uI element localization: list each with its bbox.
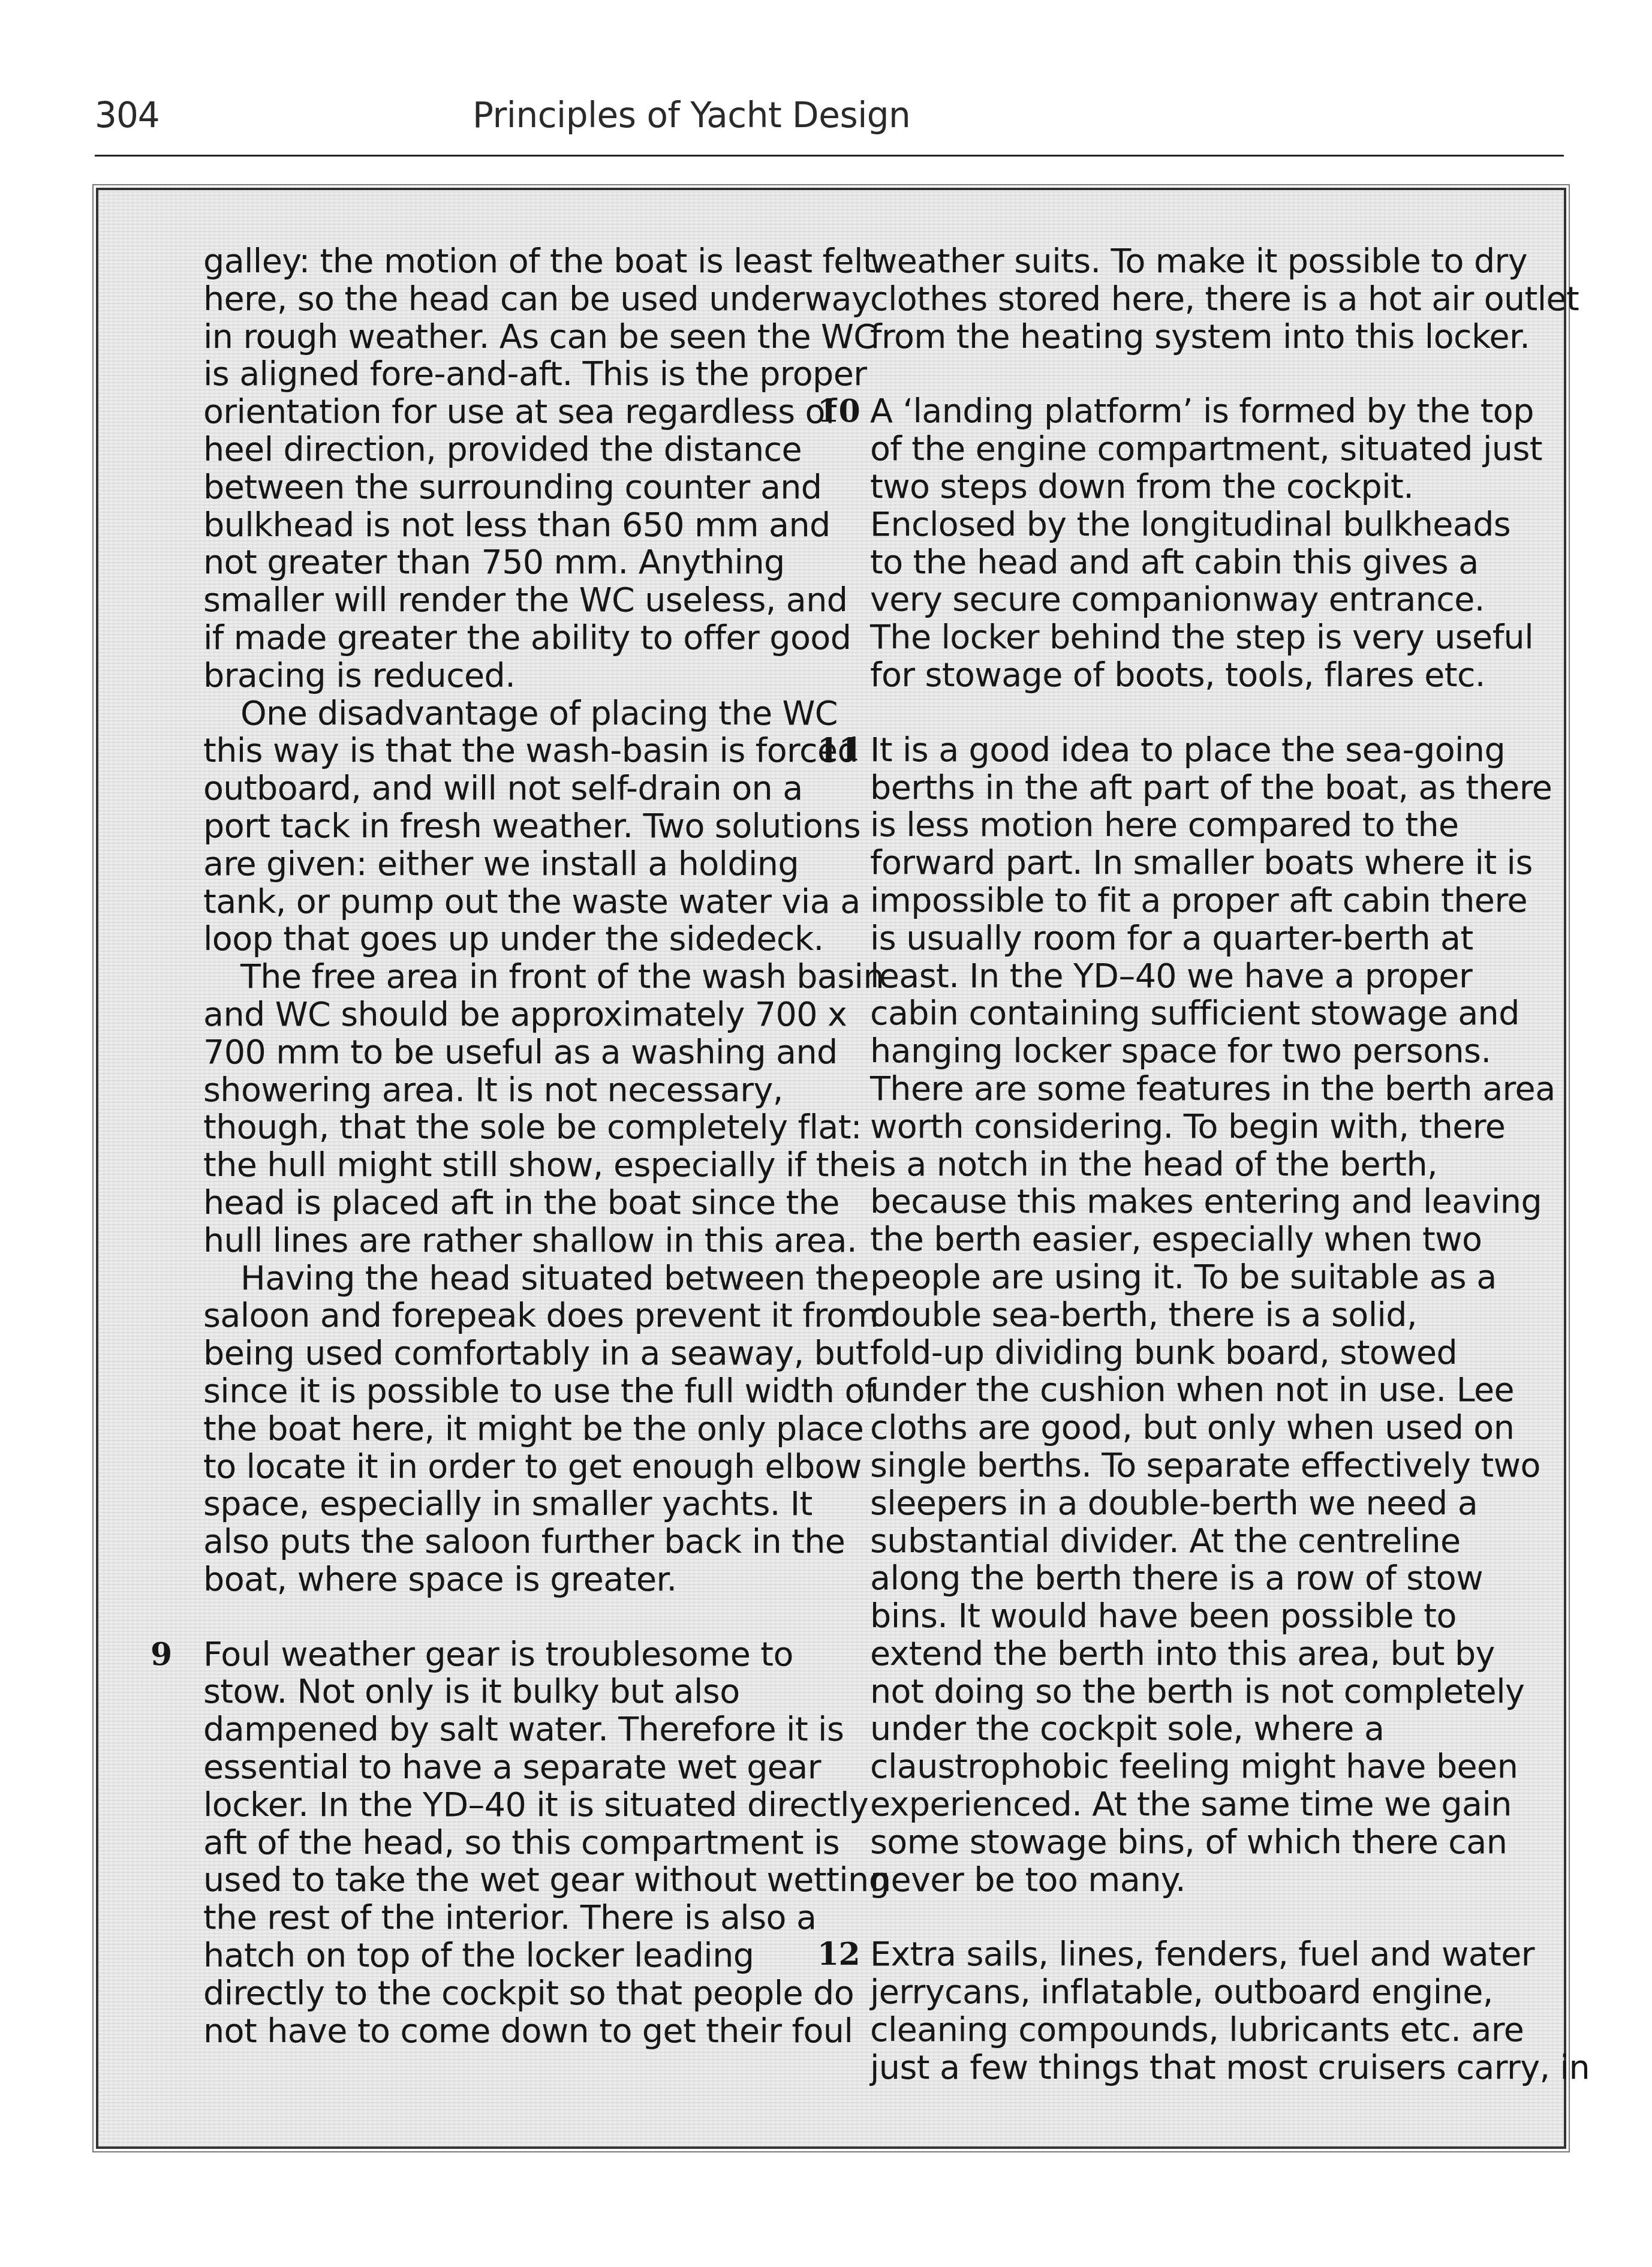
text-line: directly to the cockpit so that people d… xyxy=(203,1975,923,2013)
text-line: boat, where space is greater. xyxy=(203,1561,923,1599)
text-line: this way is that the wash-basin is force… xyxy=(203,732,923,770)
text-line: of the engine compartment, situated just xyxy=(870,431,1590,468)
page-number: 304 xyxy=(95,95,160,136)
running-title: Principles of Yacht Design xyxy=(473,95,910,136)
text-line: It is a good idea to place the sea-going xyxy=(870,732,1590,769)
text-line: claustrophobic feeling might have been xyxy=(870,1748,1590,1786)
text-line: essential to have a separate wet gear xyxy=(203,1749,923,1787)
text-line: the rest of the interior. There is also … xyxy=(203,1899,923,1937)
text-line: loop that goes up under the sidedeck. xyxy=(203,921,923,958)
text-line: between the surrounding counter and xyxy=(203,469,923,507)
item-number: 9 xyxy=(151,1636,172,1674)
text-line: heel direction, provided the distance xyxy=(203,431,923,469)
text-line: Having the head situated between the xyxy=(203,1260,923,1298)
item-number: 12 xyxy=(817,1936,860,1974)
text-line: least. In the YD–40 we have a proper xyxy=(870,958,1590,996)
text-line: because this makes entering and leaving xyxy=(870,1183,1590,1221)
item-text: It is a good idea to place the sea-going… xyxy=(870,732,1590,1899)
text-line: never be too many. xyxy=(870,1862,1590,1899)
text-line: aft of the head, so this compartment is xyxy=(203,1824,923,1862)
text-line: port tack in fresh weather. Two solution… xyxy=(203,808,923,846)
text-line: along the berth there is a row of stow xyxy=(870,1560,1590,1598)
numbered-item-10: 10 A ‘landing platform’ is formed by the… xyxy=(870,393,1590,694)
numbered-item-9: 9 Foul weather gear is troublesome tosto… xyxy=(203,1636,923,2050)
text-line: under the cushion when not in use. Lee xyxy=(870,1372,1590,1409)
text-line: bulkhead is not less than 650 mm and xyxy=(203,507,923,545)
numbered-item-12: 12 Extra sails, lines, fenders, fuel and… xyxy=(870,1936,1590,2086)
item-text: Foul weather gear is troublesome tostow.… xyxy=(203,1636,923,2050)
text-line: 700 mm to be useful as a washing and xyxy=(203,1034,923,1072)
text-line: weather suits. To make it possible to dr… xyxy=(870,243,1590,281)
text-line: the berth easier, especially when two xyxy=(870,1221,1590,1259)
text-line: sleepers in a double-berth we need a xyxy=(870,1485,1590,1523)
text-line: also puts the saloon further back in the xyxy=(203,1523,923,1561)
text-line: here, so the head can be used underway xyxy=(203,281,923,318)
text-line: head is placed aft in the boat since the xyxy=(203,1184,923,1222)
paragraph: One disadvantage of placing the WCthis w… xyxy=(203,695,923,959)
text-line: One disadvantage of placing the WC xyxy=(203,695,923,733)
spacer xyxy=(870,1899,1590,1936)
text-line: and WC should be approximately 700 x xyxy=(203,996,923,1034)
text-line: smaller will render the WC useless, and xyxy=(203,582,923,620)
text-line: Foul weather gear is troublesome to xyxy=(203,1636,923,1674)
text-line: tank, or pump out the waste water via a xyxy=(203,883,923,921)
text-line: in rough weather. As can be seen the WC xyxy=(203,318,923,356)
text-line: space, especially in smaller yachts. It xyxy=(203,1486,923,1523)
text-line: dampened by salt water. Therefore it is xyxy=(203,1711,923,1749)
text-line: Enclosed by the longitudinal bulkheads xyxy=(870,506,1590,544)
header-rule xyxy=(95,155,1564,157)
text-line: Extra sails, lines, fenders, fuel and wa… xyxy=(870,1936,1590,1974)
text-line: hull lines are rather shallow in this ar… xyxy=(203,1222,923,1260)
text-line: worth considering. To begin with, there xyxy=(870,1108,1590,1146)
text-line: cloths are good, but only when used on xyxy=(870,1409,1590,1447)
text-line: cabin containing sufficient stowage and xyxy=(870,995,1590,1033)
spacer xyxy=(870,356,1590,393)
spacer xyxy=(203,1599,923,1636)
text-line: some stowage bins, of which there can xyxy=(870,1824,1590,1862)
text-line: orientation for use at sea regardless of xyxy=(203,393,923,431)
text-line: if made greater the ability to offer goo… xyxy=(203,620,923,657)
continuation-paragraph: weather suits. To make it possible to dr… xyxy=(870,243,1590,356)
text-line: stow. Not only is it bulky but also xyxy=(203,1673,923,1711)
text-line: to locate it in order to get enough elbo… xyxy=(203,1448,923,1486)
text-line: two steps down from the cockpit. xyxy=(870,468,1590,506)
text-line: experienced. At the same time we gain xyxy=(870,1786,1590,1824)
text-line: locker. In the YD–40 it is situated dire… xyxy=(203,1787,923,1824)
text-line: are given: either we install a holding xyxy=(203,846,923,883)
text-line: double sea-berth, there is a solid, xyxy=(870,1297,1590,1334)
item-number: 10 xyxy=(817,393,860,431)
numbered-item-11: 11 It is a good idea to place the sea-go… xyxy=(870,732,1590,1899)
text-line: hatch on top of the locker leading xyxy=(203,1937,923,1975)
text-line: is aligned fore-and-aft. This is the pro… xyxy=(203,356,923,393)
text-line: not doing so the berth is not completely xyxy=(870,1673,1590,1711)
text-line: though, that the sole be completely flat… xyxy=(203,1109,923,1147)
text-line: saloon and forepeak does prevent it from xyxy=(203,1297,923,1335)
text-line: not greater than 750 mm. Anything xyxy=(203,544,923,582)
text-line: cleaning compounds, lubricants etc. are xyxy=(870,2012,1590,2049)
text-line: being used comfortably in a seaway, but xyxy=(203,1335,923,1373)
paragraph: Having the head situated between thesalo… xyxy=(203,1260,923,1599)
page-header: 304 Principles of Yacht Design xyxy=(95,90,1564,156)
text-line: used to take the wet gear without wettin… xyxy=(203,1862,923,1899)
left-column: galley: the motion of the boat is least … xyxy=(203,243,923,2050)
text-line: the boat here, it might be the only plac… xyxy=(203,1411,923,1448)
text-line: not have to come down to get their foul xyxy=(203,2013,923,2050)
text-line: The free area in front of the wash basin xyxy=(203,958,923,996)
text-line: to the head and aft cabin this gives a xyxy=(870,544,1590,582)
text-line: is a notch in the head of the berth, xyxy=(870,1146,1590,1184)
text-line: forward part. In smaller boats where it … xyxy=(870,844,1590,882)
text-line: impossible to fit a proper aft cabin the… xyxy=(870,882,1590,920)
text-line: is less motion here compared to the xyxy=(870,807,1590,844)
text-line: The locker behind the step is very usefu… xyxy=(870,619,1590,657)
text-line: the hull might still show, especially if… xyxy=(203,1147,923,1184)
text-line: outboard, and will not self-drain on a xyxy=(203,770,923,808)
text-line: fold-up dividing bunk board, stowed xyxy=(870,1334,1590,1372)
text-line: berths in the aft part of the boat, as t… xyxy=(870,769,1590,807)
text-line: There are some features in the berth are… xyxy=(870,1071,1590,1108)
text-line: is usually room for a quarter-berth at xyxy=(870,920,1590,958)
text-line: for stowage of boots, tools, flares etc. xyxy=(870,657,1590,694)
text-line: jerrycans, inflatable, outboard engine, xyxy=(870,1974,1590,2012)
text-line: single berths. To separate effectively t… xyxy=(870,1447,1590,1485)
shaded-text-panel: galley: the motion of the boat is least … xyxy=(96,188,1566,2149)
text-line: clothes stored here, there is a hot air … xyxy=(870,281,1590,318)
item-text: A ‘landing platform’ is formed by the to… xyxy=(870,393,1590,694)
text-line: hanging locker space for two persons. xyxy=(870,1033,1590,1071)
continuation-paragraph: galley: the motion of the boat is least … xyxy=(203,243,923,695)
text-line: since it is possible to use the full wid… xyxy=(203,1373,923,1411)
text-line: bins. It would have been possible to xyxy=(870,1598,1590,1635)
right-column: weather suits. To make it possible to dr… xyxy=(870,243,1590,2087)
text-line: substantial divider. At the centreline xyxy=(870,1523,1590,1561)
text-line: galley: the motion of the boat is least … xyxy=(203,243,923,281)
text-line: A ‘landing platform’ is formed by the to… xyxy=(870,393,1590,431)
paragraph: The free area in front of the wash basin… xyxy=(203,958,923,1259)
spacer xyxy=(870,694,1590,732)
text-line: showering area. It is not necessary, xyxy=(203,1072,923,1110)
text-line: just a few things that most cruisers car… xyxy=(870,2049,1590,2087)
item-number: 11 xyxy=(817,732,860,769)
text-line: very secure companionway entrance. xyxy=(870,581,1590,619)
text-line: extend the berth into this area, but by xyxy=(870,1635,1590,1673)
text-line: under the cockpit sole, where a xyxy=(870,1710,1590,1748)
text-line: from the heating system into this locker… xyxy=(870,318,1590,356)
item-text: Extra sails, lines, fenders, fuel and wa… xyxy=(870,1936,1590,2086)
text-line: bracing is reduced. xyxy=(203,657,923,695)
text-line: people are using it. To be suitable as a xyxy=(870,1259,1590,1297)
